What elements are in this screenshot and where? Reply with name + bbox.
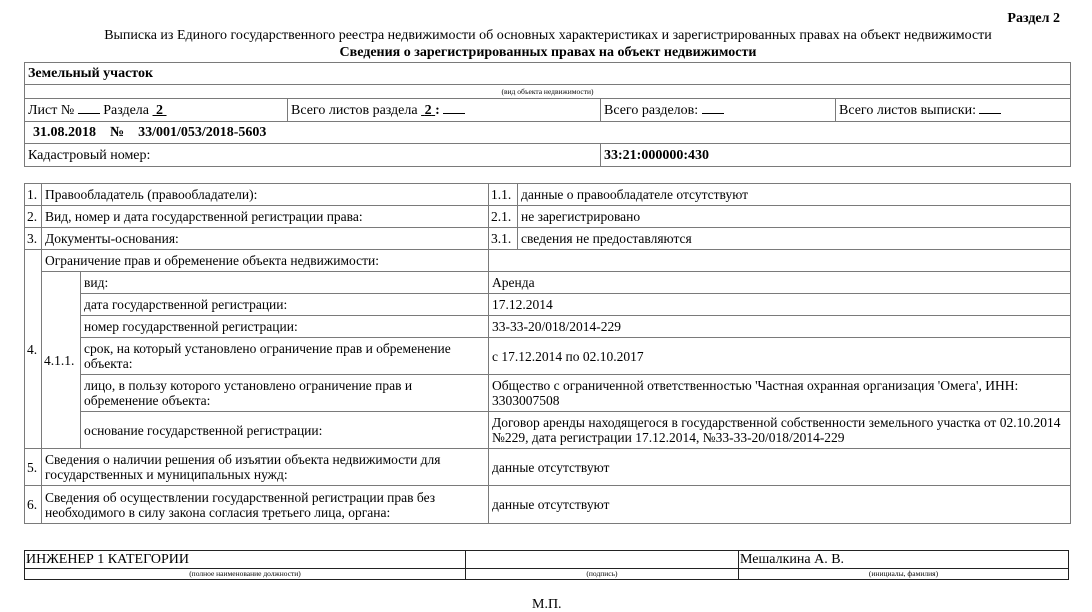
table-row: основание государственной регистрации: Д…	[25, 412, 1071, 449]
table-row: 1. Правообладатель (правообладатели): 1.…	[25, 184, 1071, 206]
row-number: 6.	[25, 486, 42, 524]
document-subtitle: Сведения о зарегистрированных правах на …	[0, 45, 1092, 61]
row-label: Правообладатель (правообладатели):	[42, 184, 489, 206]
extract-date: 31.08.2018	[33, 125, 96, 140]
total-sheets-section-cell: Всего листов раздела 2 :	[288, 99, 601, 122]
row-label: Сведения об осуществлении государственно…	[42, 486, 489, 524]
encumbrance-value: с 17.12.2014 по 02.10.2017	[489, 338, 1071, 375]
table-row: 4.1.1. вид: Аренда	[25, 272, 1071, 294]
row-value: данные о правообладателе отсутствуют	[518, 184, 1071, 206]
table-row: лицо, в пользу которого установлено огра…	[25, 375, 1071, 412]
table-row: 2. Вид, номер и дата государственной рег…	[25, 206, 1071, 228]
stamp-placeholder: М.П.	[532, 597, 562, 612]
signer-signature	[466, 551, 739, 569]
encumbrance-label: вид:	[81, 272, 489, 294]
row-label: Документы-основания:	[42, 228, 489, 250]
extract-date-number: 31.08.2018 № 33/001/053/2018-5603	[25, 122, 1071, 144]
encumbrance-value: 17.12.2014	[489, 294, 1071, 316]
total-sheets-extract-blank	[979, 102, 1001, 114]
total-sections-label: Всего разделов:	[604, 103, 698, 118]
sheet-number-cell: Лист № Раздела 2	[25, 99, 288, 122]
extract-number: 33/001/053/2018-5603	[138, 125, 266, 140]
object-type-caption: (вид объекта недвижимости)	[25, 85, 1071, 99]
row-subnumber: 4.1.1.	[42, 272, 81, 449]
row-subnumber: 1.1.	[489, 184, 518, 206]
row-label: Сведения о наличии решения об изъятии об…	[42, 449, 489, 486]
signer-position: ИНЖЕНЕР 1 КАТЕГОРИИ	[25, 551, 466, 569]
section-of-label: Раздела	[103, 103, 149, 118]
object-header-table: Земельный участок (вид объекта недвижимо…	[24, 62, 1071, 167]
total-sheets-extract-label: Всего листов выписки:	[839, 103, 976, 118]
table-row: дата государственной регистрации: 17.12.…	[25, 294, 1071, 316]
table-row: номер государственной регистрации: 33-33…	[25, 316, 1071, 338]
encumbrance-label: номер государственной регистрации:	[81, 316, 489, 338]
encumbrance-value: Общество с ограниченной ответственностью…	[489, 375, 1071, 412]
table-row: 6. Сведения об осуществлении государстве…	[25, 486, 1071, 524]
row-number: 5.	[25, 449, 42, 486]
row-value: данные отсутствуют	[489, 449, 1071, 486]
name-caption: (инициалы, фамилия)	[739, 569, 1069, 580]
sheet-number-blank	[78, 102, 100, 114]
table-row: срок, на который установлено ограничение…	[25, 338, 1071, 375]
table-row: 5. Сведения о наличии решения об изъятии…	[25, 449, 1071, 486]
sheet-number-label: Лист №	[28, 103, 74, 118]
row-number: 1.	[25, 184, 42, 206]
cadastral-number: 33:21:000000:430	[601, 144, 1071, 167]
encumbrance-label: дата государственной регистрации:	[81, 294, 489, 316]
row-value	[489, 250, 1071, 272]
position-caption: (полное наименование должности)	[25, 569, 466, 580]
signer-name: Мешалкина А. В.	[739, 551, 1069, 569]
row-value: данные отсутствуют	[489, 486, 1071, 524]
table-row: 3. Документы-основания: 3.1. сведения не…	[25, 228, 1071, 250]
row-number: 3.	[25, 228, 42, 250]
total-sheets-section-blank	[443, 102, 465, 114]
cadastral-label: Кадастровый номер:	[25, 144, 601, 167]
rights-table: 1. Правообладатель (правообладатели): 1.…	[24, 183, 1071, 524]
signature-caption: (подпись)	[466, 569, 739, 580]
row-value: сведения не предоставляются	[518, 228, 1071, 250]
section-number: 2	[153, 103, 167, 118]
document-title: Выписка из Единого государственного реес…	[0, 28, 1092, 44]
row-label: Вид, номер и дата государственной регист…	[42, 206, 489, 228]
number-sign: №	[110, 125, 124, 140]
total-sheets-section-value: 2	[421, 103, 435, 118]
row-subnumber: 2.1.	[489, 206, 518, 228]
encumbrance-value: Аренда	[489, 272, 1071, 294]
total-sections-cell: Всего разделов:	[601, 99, 836, 122]
signature-table: ИНЖЕНЕР 1 КАТЕГОРИИ Мешалкина А. В. (пол…	[24, 550, 1069, 580]
encumbrance-label: лицо, в пользу которого установлено огра…	[81, 375, 489, 412]
encumbrance-value: Договор аренды находящегося в государств…	[489, 412, 1071, 449]
table-row: 4. Ограничение прав и обременение объект…	[25, 250, 1071, 272]
row-number: 2.	[25, 206, 42, 228]
row-number: 4.	[25, 250, 42, 449]
total-sheets-section-label: Всего листов раздела	[291, 103, 418, 118]
row-label: Ограничение прав и обременение объекта н…	[42, 250, 489, 272]
section-label: Раздел 2	[1007, 11, 1060, 27]
encumbrance-value: 33-33-20/018/2014-229	[489, 316, 1071, 338]
object-type: Земельный участок	[25, 63, 1071, 85]
row-value: не зарегистрировано	[518, 206, 1071, 228]
encumbrance-label: срок, на который установлено ограничение…	[81, 338, 489, 375]
total-sections-blank	[702, 102, 724, 114]
total-sheets-extract-cell: Всего листов выписки:	[836, 99, 1071, 122]
row-subnumber: 3.1.	[489, 228, 518, 250]
encumbrance-label: основание государственной регистрации:	[81, 412, 489, 449]
